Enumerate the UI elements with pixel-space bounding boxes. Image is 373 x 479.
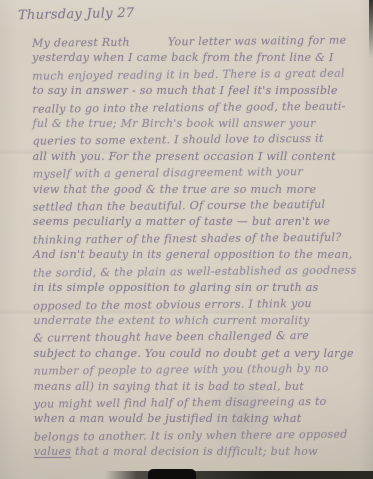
letter-line: in its simple opposition to glaring sin … <box>33 280 373 296</box>
letter-line: opposed to the most obvious errors. I th… <box>33 295 373 315</box>
letter-line: yesterday when I came back from the fron… <box>32 50 372 66</box>
letter-line: And isn't beauty in its general oppositi… <box>33 247 373 263</box>
photo-dark-edge-right <box>369 0 373 58</box>
letter-last-line-rest: that a moral decision is difficult; but … <box>71 445 318 458</box>
letter-line: to say in answer - so much that I feel i… <box>32 83 372 99</box>
letter-line: when a man would be justified in taking … <box>34 411 373 427</box>
letter-opening-sentence: Your letter was waiting for me <box>168 34 347 49</box>
letter-line: queries to some extent. I should love to… <box>32 131 372 151</box>
letter-date: Thursday July 27 <box>18 6 135 23</box>
letter-paper: Thursday July 27 My dearest RuthYour let… <box>0 0 373 479</box>
letter-line-last: values that a moral decision is difficul… <box>34 444 373 460</box>
letter-line: belongs to another. It is only when ther… <box>34 426 373 446</box>
photo-dark-edge-blob <box>148 469 196 479</box>
letter-line: number of people to agree with you (thou… <box>33 360 373 380</box>
letter-line: really to go into the relations of the g… <box>32 98 372 118</box>
letter-salutation: My dearest Ruth <box>32 36 130 50</box>
letter-line: thinking rather of the finest shades of … <box>33 229 373 249</box>
letter-line: subject to change. You could no doubt ge… <box>33 346 373 362</box>
letter-body: My dearest RuthYour letter was waiting f… <box>32 33 373 461</box>
letter-line: all with you. For the present occasion I… <box>33 149 373 165</box>
letter-line: view that the good & the true are so muc… <box>33 182 373 198</box>
underlined-word-values: values <box>34 445 71 458</box>
letter-line: much enjoyed reading it in bed. There is… <box>32 65 372 85</box>
letter-line: means all) in saying that it is bad to s… <box>34 379 373 395</box>
letter-line: & current thought have been challenged &… <box>33 328 373 348</box>
letter-line: seems peculiarly a matter of taste — but… <box>33 214 373 230</box>
letter-photo: Thursday July 27 My dearest RuthYour let… <box>0 0 373 479</box>
photo-dark-edge-bottom <box>105 471 373 479</box>
letter-line: the sordid, & the plain as well-establis… <box>33 262 373 282</box>
letter-line: underrate the extent to which current mo… <box>33 313 373 329</box>
letter-line: myself with a general disagreement with … <box>33 164 373 184</box>
